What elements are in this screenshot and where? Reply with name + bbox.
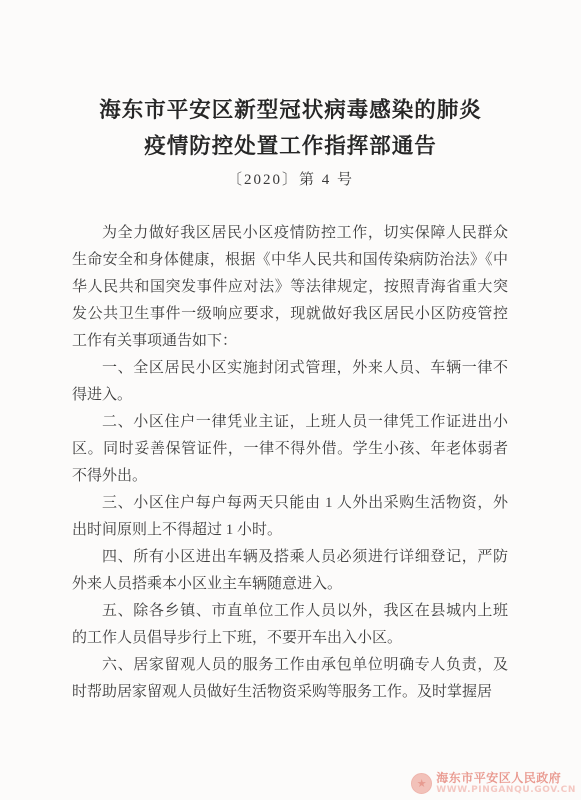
doc-header: 海东市平安区新型冠状病毒感染的肺炎 疫情防控处置工作指挥部通告 〔2020〕第 …: [0, 0, 581, 190]
watermark-site-url: WWW.PINGANQU.GOV.CN: [436, 785, 576, 796]
text-line: 华人民共和国突发事件应对法》等法律规定，按照青海省重大突: [72, 274, 508, 301]
doc-title: 海东市平安区新型冠状病毒感染的肺炎 疫情防控处置工作指挥部通告: [0, 92, 581, 164]
paragraph: 二、小区住户一律凭业主证，上班人员一律凭工作证进出小区。同时妥善保管证件，一律不…: [72, 409, 508, 490]
text-line: 外来人员搭乘本小区业主车辆随意进入。: [72, 571, 508, 598]
paragraph: 四、所有小区进出车辆及搭乘人员必须进行详细登记，严防外来人员搭乘本小区业主车辆随…: [72, 544, 508, 598]
text-line: 不得外出。: [72, 463, 508, 490]
text-line: 一、全区居民小区实施封闭式管理，外来人员、车辆一律不: [72, 355, 508, 382]
text-line: 六、居家留观人员的服务工作由承包单位明确专人负责，及: [72, 652, 508, 679]
text-line: 生命安全和身体健康，根据《中华人民共和国传染病防治法》《中: [72, 247, 508, 274]
doc-title-line1: 海东市平安区新型冠状病毒感染的肺炎: [0, 92, 581, 128]
paragraph: 五、除各乡镇、市直单位工作人员以外，我区在县城内上班的工作人员倡导步行上下班，不…: [72, 598, 508, 652]
text-line: 得进入。: [72, 382, 508, 409]
paragraph: 一、全区居民小区实施封闭式管理，外来人员、车辆一律不得进入。: [72, 355, 508, 409]
watermark-text: 海东市平安区人民政府 WWW.PINGANQU.GOV.CN: [436, 771, 576, 796]
doc-body: 为全力做好我区居民小区疫情防控工作，切实保障人民群众生命安全和身体健康，根据《中…: [72, 220, 508, 706]
notice-page: 海东市平安区新型冠状病毒感染的肺炎 疫情防控处置工作指挥部通告 〔2020〕第 …: [0, 0, 581, 800]
paragraph: 三、小区住户每户每两天只能由 1 人外出采购生活物资，外出时间原则上不得超过 1…: [72, 490, 508, 544]
paragraph: 为全力做好我区居民小区疫情防控工作，切实保障人民群众生命安全和身体健康，根据《中…: [72, 220, 508, 355]
text-line: 区。同时妥善保管证件，一律不得外借。学生小孩、年老体弱者: [72, 436, 508, 463]
text-line: 工作有关事项通告如下：: [72, 328, 508, 355]
text-line: 发公共卫生事件一级响应要求，现就做好我区居民小区防疫管控: [72, 301, 508, 328]
paragraph: 六、居家留观人员的服务工作由承包单位明确专人负责，及时帮助居家留观人员做好生活物…: [72, 652, 508, 706]
doc-title-line2: 疫情防控处置工作指挥部通告: [0, 128, 581, 164]
text-line: 三、小区住户每户每两天只能由 1 人外出采购生活物资，外: [72, 490, 508, 517]
text-line: 时帮助居家留观人员做好生活物资采购等服务工作。及时掌握居: [72, 679, 508, 706]
text-line: 为全力做好我区居民小区疫情防控工作，切实保障人民群众: [72, 220, 508, 247]
national-emblem-icon: ★: [411, 773, 432, 794]
watermark-site-name: 海东市平安区人民政府: [436, 771, 561, 785]
gov-watermark: ★ 海东市平安区人民政府 WWW.PINGANQU.GOV.CN: [411, 771, 576, 796]
emblem-star-glyph: ★: [417, 778, 427, 789]
text-line: 的工作人员倡导步行上下班，不要开车出入小区。: [72, 625, 508, 652]
text-line: 出时间原则上不得超过 1 小时。: [72, 517, 508, 544]
text-line: 五、除各乡镇、市直单位工作人员以外，我区在县城内上班: [72, 598, 508, 625]
text-line: 四、所有小区进出车辆及搭乘人员必须进行详细登记，严防: [72, 544, 508, 571]
text-line: 二、小区住户一律凭业主证，上班人员一律凭工作证进出小: [72, 409, 508, 436]
doc-number: 〔2020〕第 4 号: [0, 170, 581, 190]
